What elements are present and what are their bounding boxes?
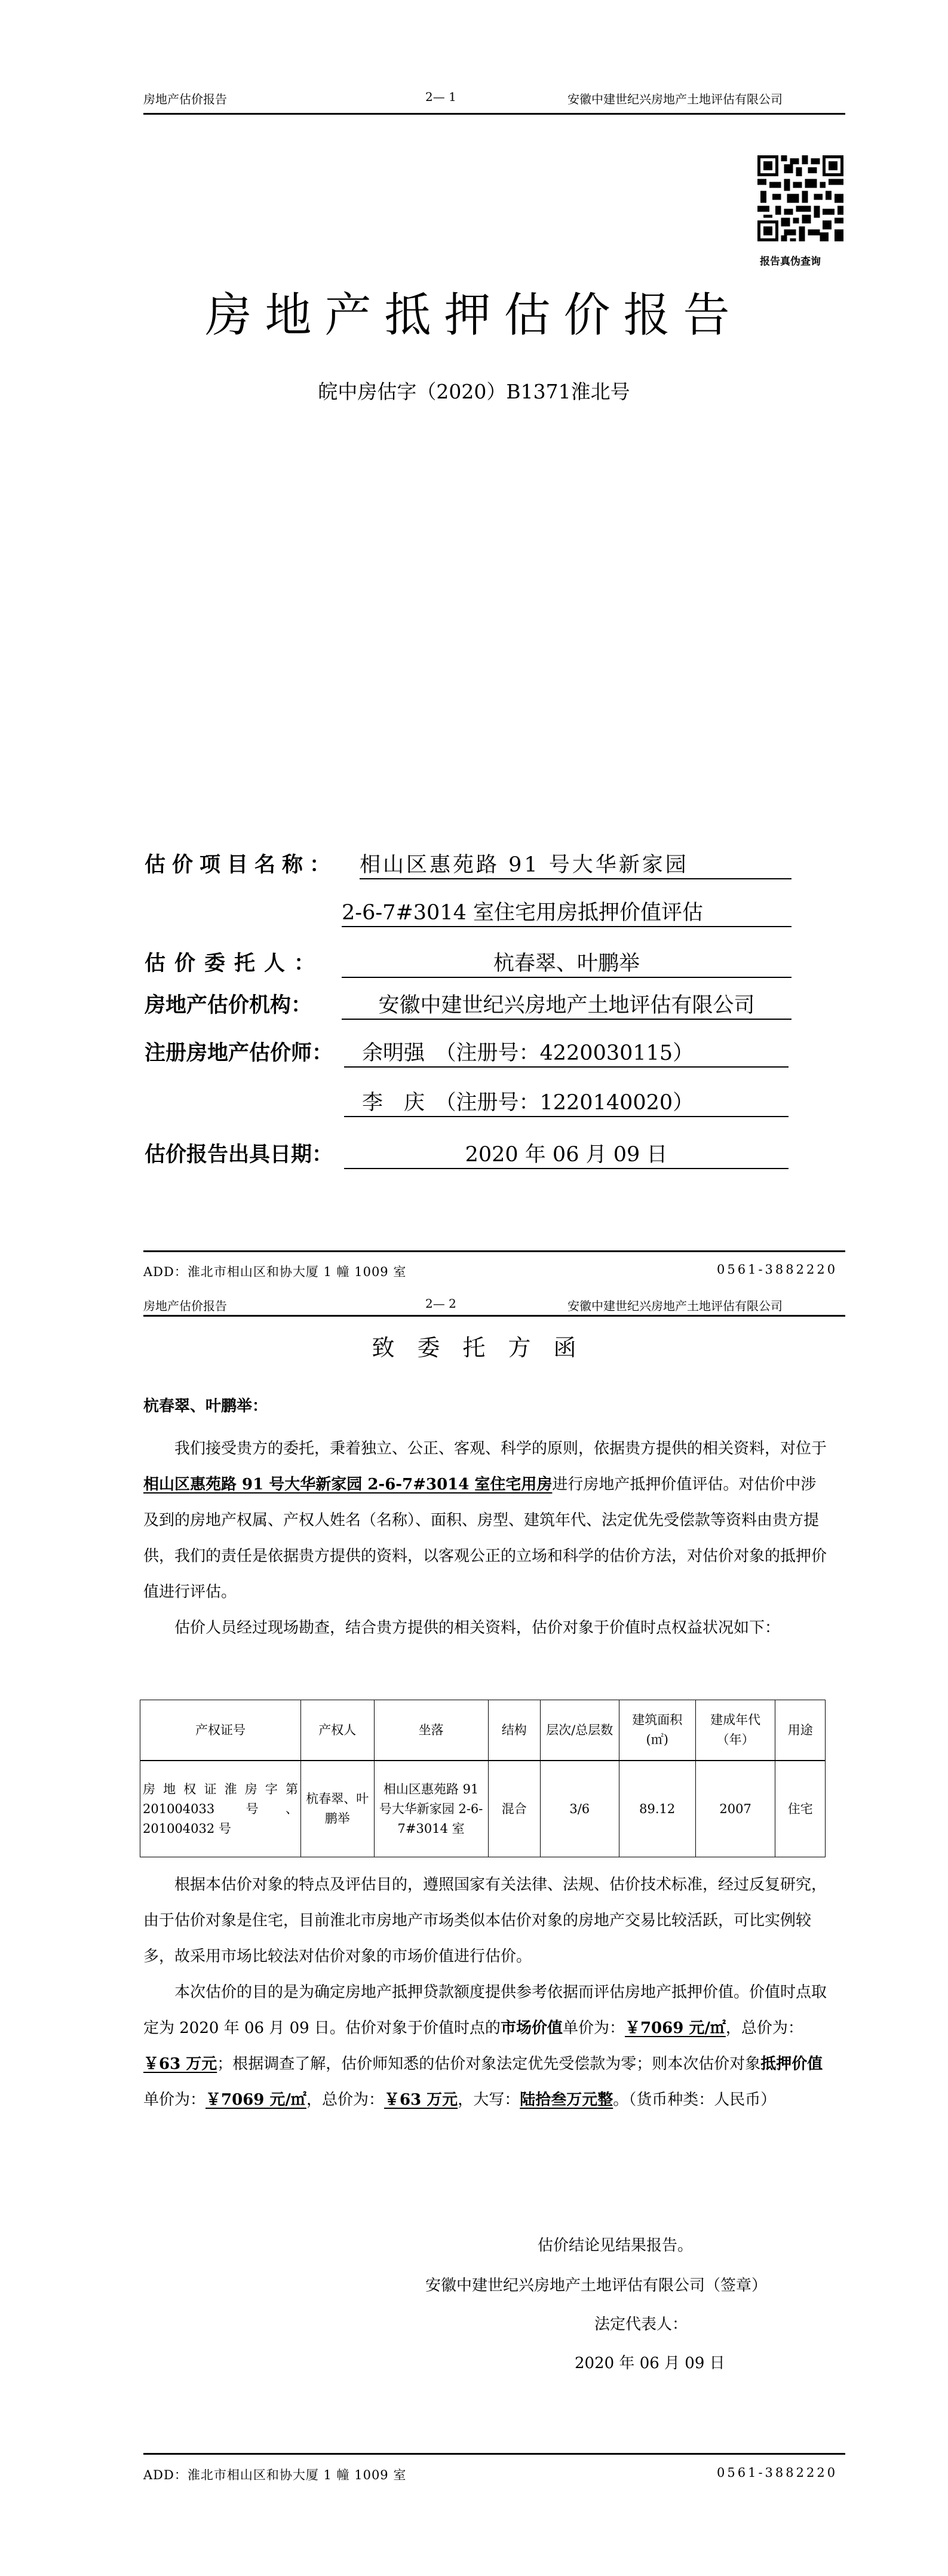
appraiser-1: 余明强 （注册号：4220030115） xyxy=(344,1041,694,1065)
mortgage-total-price: ￥63 万元 xyxy=(384,2091,458,2109)
para1-text-cont: 进行房地产抵押价值评估。对估价中涉及到的房地产权属、产权人姓名（名称）、面积、房… xyxy=(143,1476,827,1601)
client-value: 杭春翠、叶鹏举 xyxy=(342,947,791,978)
para4-text: 单价为： xyxy=(563,2019,625,2037)
para4-text: ，总价为： xyxy=(306,2091,384,2109)
header-report-type: 房地产估价报告 xyxy=(143,1296,227,1314)
footer-address: ADD：淮北市相山区和协大厦 1 幢 1009 室 xyxy=(143,1262,406,1280)
qr-caption: 报告真伪查询 xyxy=(760,253,821,268)
header-report-type: 房地产估价报告 xyxy=(143,90,227,107)
property-rights-table: 产权证号 产权人 坐落 结构 层次/总层数 建筑面积(㎡) 建成年代（年） 用途… xyxy=(140,1700,826,1857)
report-title: 房地产抵押估价报告 xyxy=(0,278,948,345)
para4-text: ，大写： xyxy=(458,2091,520,2109)
col-area: 建筑面积(㎡) xyxy=(619,1700,695,1761)
footer-rule xyxy=(143,2453,845,2455)
header-page-number: 2— 1 xyxy=(425,90,456,104)
letter-body-1: 我们接受贵方的委托，秉着独立、公正、客观、科学的原则，依据贵方提供的相关资料，对… xyxy=(143,1431,830,1646)
cell-usage: 住宅 xyxy=(775,1761,826,1857)
cell-floor: 3/6 xyxy=(540,1761,619,1857)
property-address-highlight: 相山区惠苑路 91 号大华新家园 2-6-7#3014 室住宅用房 xyxy=(143,1476,552,1494)
company-signature: 安徽中建世纪兴房地产土地评估有限公司（签章） xyxy=(425,2273,767,2295)
footer-phone: 0561-3882220 xyxy=(717,2465,837,2480)
project-name-label: 估价项目名称： xyxy=(145,848,337,878)
table-header-row: 产权证号 产权人 坐落 结构 层次/总层数 建筑面积(㎡) 建成年代（年） 用途 xyxy=(140,1700,826,1761)
para4-text: ，总价为： xyxy=(726,2019,803,2037)
project-name-line2: 2-6-7#3014 室住宅用房抵押价值评估 xyxy=(342,896,791,927)
footer-rule xyxy=(143,1250,845,1252)
amount-in-words: 陆拾叁万元整 xyxy=(520,2091,613,2109)
header-page-number: 2— 2 xyxy=(425,1296,456,1311)
cell-owner: 杭春翠、叶鹏举 xyxy=(301,1761,374,1857)
footer-phone: 0561-3882220 xyxy=(717,1262,837,1277)
para2: 估价人员经过现场勘查，结合贵方提供的相关资料，估价对象于价值时点权益状况如下： xyxy=(143,1610,830,1646)
qr-code-icon[interactable] xyxy=(757,155,843,241)
table-row: 房地权证淮房字第 201004033 号、201004032 号 杭春翠、叶鹏举… xyxy=(140,1761,826,1857)
market-value-label: 市场价值 xyxy=(501,2019,563,2037)
client-label: 估价委托人： xyxy=(145,947,324,977)
salutation: 杭春翠、叶鹏举： xyxy=(143,1394,268,1416)
col-owner: 产权人 xyxy=(301,1700,374,1761)
conclusion-note: 估价结论见结果报告。 xyxy=(538,2233,693,2255)
col-cert-no: 产权证号 xyxy=(140,1700,301,1761)
cell-location: 相山区惠苑路 91 号大华新家园 2-6-7#3014 室 xyxy=(374,1761,488,1857)
para4-text: ；根据调查了解，估价师知悉的估价对象法定优先受偿款为零；则本次估价对象 xyxy=(217,2055,760,2073)
cell-area: 89.12 xyxy=(619,1761,695,1857)
header-rule xyxy=(143,113,845,115)
closing-date: 2020 年 06 月 09 日 xyxy=(575,2351,725,2373)
market-unit-price: ￥7069 元/㎡ xyxy=(625,2019,726,2037)
footer-address: ADD：淮北市相山区和协大厦 1 幢 1009 室 xyxy=(143,2465,406,2483)
col-floor: 层次/总层数 xyxy=(540,1700,619,1761)
report-date-label: 估价报告出具日期： xyxy=(145,1138,333,1168)
para4-text: 。（货币种类：人民币） xyxy=(613,2091,776,2109)
col-structure: 结构 xyxy=(488,1700,540,1761)
market-total-price: ￥63 万元 xyxy=(143,2055,217,2073)
header-company: 安徽中建世纪兴房地产土地评估有限公司 xyxy=(567,1296,783,1314)
letter-title: 致委托方函 xyxy=(0,1329,948,1362)
mortgage-value-label: 抵押价值 xyxy=(760,2055,823,2073)
letter-body-2: 根据本估价对象的特点及评估目的，遵照国家有关法律、法规、估价技术标准，经过反复研… xyxy=(143,1867,830,2118)
header-rule xyxy=(143,1315,845,1317)
cell-structure: 混合 xyxy=(488,1761,540,1857)
appraiser-label: 注册房地产估价师： xyxy=(145,1036,333,1066)
col-location: 坐落 xyxy=(374,1700,488,1761)
agency-label: 房地产估价机构： xyxy=(145,989,312,1019)
project-name-line1: 相山区惠苑路 91 号大华新家园 xyxy=(360,848,791,879)
para4-text: 单价为： xyxy=(143,2091,205,2109)
mortgage-unit-price: ￥7069 元/㎡ xyxy=(205,2091,306,2109)
header-company: 安徽中建世纪兴房地产土地评估有限公司 xyxy=(567,90,783,107)
appraiser-2: 李 庆 （注册号：1220140020） xyxy=(344,1091,694,1115)
report-date-value: 2020 年 06 月 09 日 xyxy=(344,1138,789,1169)
cell-cert-no: 房地权证淮房字第 201004033 号、201004032 号 xyxy=(140,1761,301,1857)
para3: 根据本估价对象的特点及评估目的，遵照国家有关法律、法规、估价技术标准，经过反复研… xyxy=(143,1867,830,1974)
para1-text: 我们接受贵方的委托，秉着独立、公正、客观、科学的原则，依据贵方提供的相关资料，对… xyxy=(174,1440,827,1458)
report-number: 皖中房估字（2020）B1371淮北号 xyxy=(0,376,948,404)
agency-value: 安徽中建世纪兴房地产土地评估有限公司 xyxy=(342,989,791,1020)
col-year: 建成年代（年） xyxy=(695,1700,775,1761)
cell-year: 2007 xyxy=(695,1761,775,1857)
col-usage: 用途 xyxy=(775,1700,826,1761)
legal-representative: 法定代表人： xyxy=(594,2312,688,2334)
para4: 本次估价的目的是为确定房地产抵押贷款额度提供参考依据而评估房地产抵押价值。价值时… xyxy=(143,1974,830,2118)
